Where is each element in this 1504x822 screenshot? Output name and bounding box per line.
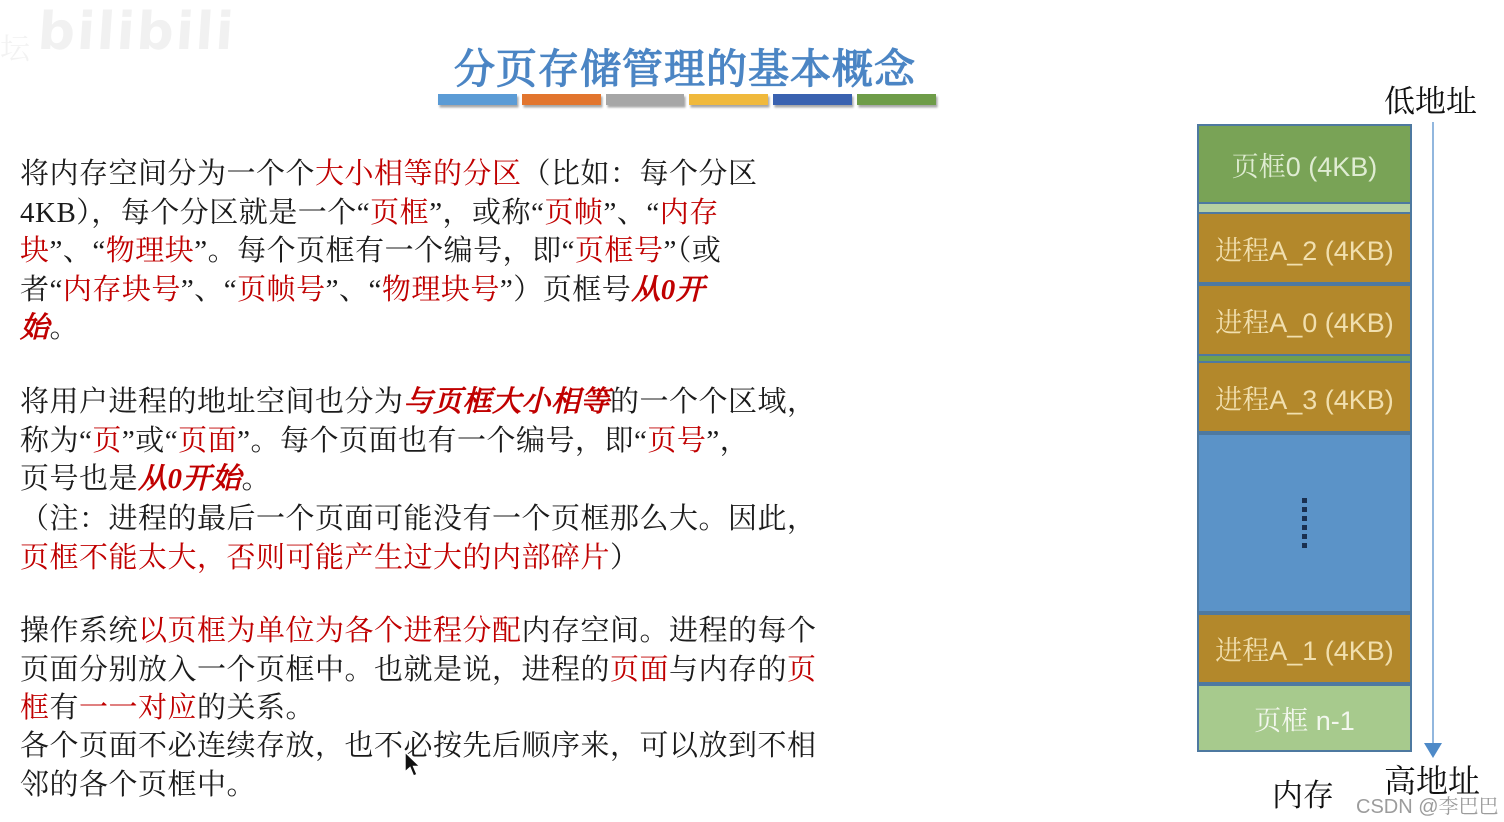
paragraph: 操作系统以页框为单位为各个进程分配内存空间。进程的每个页面分别放入一个页框中。也… [20, 612, 900, 728]
text-segment: 页面分别放入一个页框中。也就是说，进程的 [20, 654, 610, 686]
text-segment: 的一个个区域， [610, 386, 817, 418]
text-segment: ） [610, 542, 640, 574]
text-segment: ”）页框号 [500, 274, 631, 306]
text-segment: ”。每个页面也有一个编号，即“ [237, 425, 647, 457]
text-segment: ”、“ [326, 274, 382, 306]
memory-block [1197, 433, 1412, 613]
low-address-label: 低地址 [1384, 76, 1477, 121]
text-segment: 与内存的 [669, 654, 787, 686]
memory-stack: 页框0 (4KB)进程A_2 (4KB)进程A_0 (4KB)进程A_3 (4K… [1197, 124, 1412, 752]
text-segment: 始 [20, 312, 50, 344]
title-underline-bar [773, 94, 852, 105]
bilibili-logo-watermark: bilibili [36, 2, 238, 62]
title-underline-bar [438, 94, 517, 105]
text-line: 页号也是从0开始。 [20, 460, 900, 499]
text-line: 4KB），每个分区就是一个“页框”，或称“页帧”、“内存 [20, 194, 900, 233]
text-line: 页面分别放入一个页框中。也就是说，进程的页面与内存的页 [20, 651, 900, 690]
text-segment: ”。每个页框有一个编号，即“ [194, 235, 575, 267]
paragraph: 各个页面不必连续存放，也不必按先后顺序来，可以放到不相邻的各个页框中。 [20, 727, 900, 804]
paragraph: 将内存空间分为一个个大小相等的分区（比如：每个分区4KB），每个分区就是一个“页… [20, 155, 900, 348]
text-segment: 页框 [370, 197, 429, 229]
text-segment: 页帧 [544, 197, 603, 229]
text-segment: 内存 [660, 197, 719, 229]
text-segment: 页面 [610, 654, 669, 686]
text-segment: 页框号 [575, 235, 664, 267]
text-segment: ”、“ [603, 197, 659, 229]
text-line: 页框不能太大，否则可能产生过大的内部碎片） [20, 539, 900, 578]
text-segment: 页 [92, 425, 122, 457]
text-segment: （注：进程的最后一个页面可能没有一个页框那么大。因此， [20, 503, 817, 535]
title-underline-bar [857, 94, 936, 105]
text-segment: 物理块 [106, 235, 195, 267]
text-segment: ”（或 [664, 235, 722, 267]
text-segment: 以页框为单位为各个进程分配 [138, 615, 522, 647]
text-line: 框有一一对应的关系。 [20, 689, 900, 728]
text-segment: 从0开 [631, 274, 705, 306]
text-line: 者“内存块号”、“页帧号”、“物理块号”）页框号从0开 [20, 271, 900, 310]
text-segment: ”， [706, 425, 749, 457]
memory-block: 进程A_0 (4KB) [1197, 284, 1412, 356]
watermark-glyph: 坛 [0, 24, 30, 68]
text-line: 操作系统以页框为单位为各个进程分配内存空间。进程的每个 [20, 612, 900, 651]
text-segment: 页 [787, 654, 817, 686]
text-segment: 块 [20, 235, 50, 267]
mouse-cursor-icon [403, 752, 425, 783]
memory-label: 内存 [1272, 770, 1334, 815]
text-segment: 页号 [647, 425, 706, 457]
text-line: 块”、“物理块”。每个页框有一个编号，即“页框号”（或 [20, 232, 900, 271]
memory-separator [1197, 204, 1412, 212]
text-segment: 4KB），每个分区就是一个“ [20, 197, 370, 229]
text-segment: 的关系。 [197, 692, 315, 724]
memory-block: 进程A_3 (4KB) [1197, 361, 1412, 433]
text-line: 邻的各个页框中。 [20, 766, 900, 805]
text-segment: 大小相等的分区 [315, 158, 522, 190]
address-direction-arrow-line [1432, 122, 1434, 744]
title-underline-bar [606, 94, 685, 105]
paragraph: （注：进程的最后一个页面可能没有一个页框那么大。因此，页框不能太大，否则可能产生… [20, 500, 900, 577]
memory-block: 页框 n-1 [1197, 684, 1412, 752]
text-segment: 邻的各个页框中。 [20, 769, 256, 801]
memory-block: 进程A_1 (4KB) [1197, 613, 1412, 684]
text-segment: 从0开始 [138, 463, 242, 495]
csdn-watermark: CSDN @李巴巴 [1356, 790, 1499, 819]
text-line: 将用户进程的地址空间也分为与页框大小相等的一个个区域， [20, 383, 900, 422]
text-line: 始。 [20, 309, 900, 348]
text-segment: 内存块号 [63, 274, 181, 306]
text-segment: 将用户进程的地址空间也分为 [20, 386, 404, 418]
text-line: 各个页面不必连续存放，也不必按先后顺序来，可以放到不相 [20, 727, 900, 766]
text-segment: ”，或称“ [429, 197, 544, 229]
text-segment: 页帧号 [237, 274, 326, 306]
text-segment: 页面 [178, 425, 237, 457]
text-line: （注：进程的最后一个页面可能没有一个页框那么大。因此， [20, 500, 900, 539]
title-underline-bar [522, 94, 601, 105]
text-segment: 有 [50, 692, 80, 724]
text-segment: 物理块号 [382, 274, 500, 306]
text-segment: ”或“ [122, 425, 178, 457]
ellipsis-dots-icon [1302, 498, 1307, 548]
paragraph: 将用户进程的地址空间也分为与页框大小相等的一个个区域，称为“页”或“页面”。每个… [20, 383, 900, 499]
text-segment: 页号也是 [20, 463, 138, 495]
text-segment: 操作系统 [20, 615, 138, 647]
text-segment: ”、“ [181, 274, 237, 306]
text-segment: 将内存空间分为一个个 [20, 158, 315, 190]
text-line: 称为“页”或“页面”。每个页面也有一个编号，即“页号”， [20, 422, 900, 461]
text-segment: 者“ [20, 274, 63, 306]
text-segment: （比如：每个分区 [522, 158, 758, 190]
text-segment: 与页框大小相等 [404, 386, 611, 418]
text-segment: 一一对应 [79, 692, 197, 724]
text-segment: 称为“ [20, 425, 92, 457]
text-segment: ”、“ [50, 235, 106, 267]
text-line: 将内存空间分为一个个大小相等的分区（比如：每个分区 [20, 155, 900, 194]
text-segment: 。 [50, 312, 80, 344]
text-segment: 页框不能太大，否则可能产生过大的内部碎片 [20, 542, 610, 574]
title-underline-bar [689, 94, 768, 105]
text-segment: 。 [242, 463, 272, 495]
memory-block: 进程A_2 (4KB) [1197, 212, 1412, 284]
title-underline-bars [438, 94, 936, 105]
page-title: 分页存储管理的基本概念 [430, 36, 940, 95]
memory-block: 页框0 (4KB) [1197, 124, 1412, 204]
slide: 坛 bilibili 分页存储管理的基本概念 将内存空间分为一个个大小相等的分区… [0, 0, 1504, 822]
text-segment: 内存空间。进程的每个 [522, 615, 817, 647]
text-segment: 框 [20, 692, 50, 724]
